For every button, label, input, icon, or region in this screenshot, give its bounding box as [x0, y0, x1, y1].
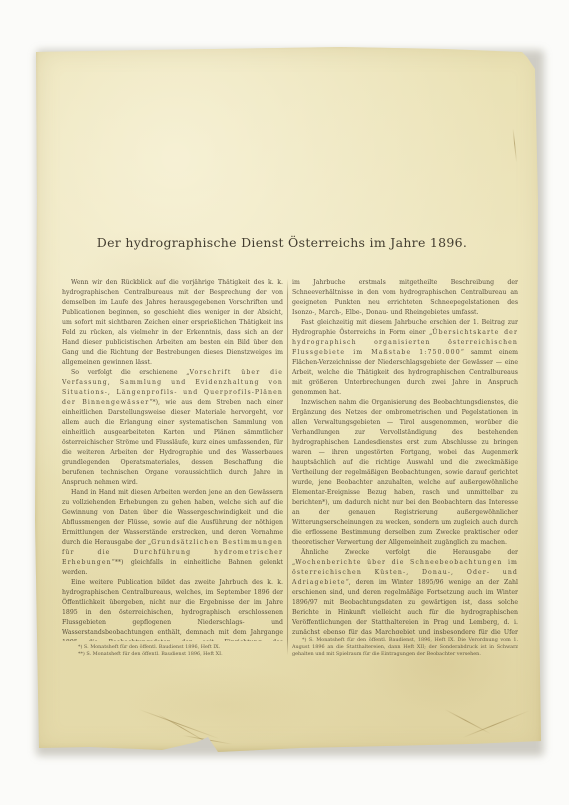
column-right: im Jahrbuche erstmals mitgetheilte Besch…: [292, 278, 518, 658]
column-left: Wenn wir den Rückblick auf die vorjährig…: [62, 278, 283, 658]
paragraph: Eine weitere Publication bildet das zwei…: [62, 578, 283, 641]
text-run: Wenn wir den Rückblick auf die vorjährig…: [62, 279, 283, 366]
text-run: im Jahrbuche erstmals mitgetheilte Besch…: [292, 279, 518, 316]
paragraph: Ähnliche Zwecke verfolgt die Herausgabe …: [292, 548, 518, 634]
column-right-paragraphs: im Jahrbuche erstmals mitgetheilte Besch…: [292, 278, 518, 634]
paragraph: So verfolgt die erschienene „Vorschrift …: [62, 368, 283, 488]
paragraph: Hand in Hand mit diesen Arbeiten werden …: [62, 488, 283, 578]
document-title: Der hydrographische Dienst Österreichs i…: [33, 235, 531, 250]
paragraph: im Jahrbuche erstmals mitgetheilte Besch…: [292, 278, 518, 318]
text-run: “, deren im Winter 1895/96 wenige an der…: [292, 579, 518, 634]
column-divider: [287, 279, 288, 655]
column-left-paragraphs: Wenn wir den Rückblick auf die vorjährig…: [62, 278, 283, 641]
footnote: *) S. Monatsheft für den öffentl. Baudie…: [68, 644, 269, 651]
scan-canvas: Der hydrographische Dienst Österreichs i…: [0, 0, 569, 805]
text-run: Eine weitere Publication bildet das zwei…: [62, 579, 283, 641]
text-run: So verfolgt die erschienene „: [71, 369, 190, 376]
column-left-footnotes: *) S. Monatsheft für den öffentl. Baudie…: [62, 641, 283, 658]
footnote: *) S. Monatsheft für den öffentl. Baudie…: [292, 637, 518, 658]
text-run: Hand in Hand mit diesen Arbeiten werden …: [62, 489, 283, 546]
footnote: **) S. Monatsheft für den öffentl. Baudi…: [68, 651, 269, 658]
paragraph: Wenn wir den Rückblick auf die vorjährig…: [62, 278, 283, 368]
paragraph: Inzwischen nahm die Organisierung des Be…: [292, 398, 518, 548]
paragraph: Fast gleichzeitig mit diesem Jahrbuche e…: [292, 318, 518, 398]
text-run: Inzwischen nahm die Organisierung des Be…: [292, 399, 518, 546]
paper-sheet: Der hydrographische Dienst Österreichs i…: [33, 45, 543, 753]
text-run: “ sammt einem Flächen-Verzeichnisse der …: [292, 349, 518, 396]
printed-content: Der hydrographische Dienst Österreichs i…: [33, 45, 543, 753]
text-run: “*), wie aus dem Streben nach einer einh…: [62, 399, 283, 486]
text-columns: Wenn wir den Rückblick auf die vorjährig…: [62, 278, 520, 658]
column-right-footnotes: *) S. Monatsheft für den öffentl. Baudie…: [292, 634, 518, 658]
